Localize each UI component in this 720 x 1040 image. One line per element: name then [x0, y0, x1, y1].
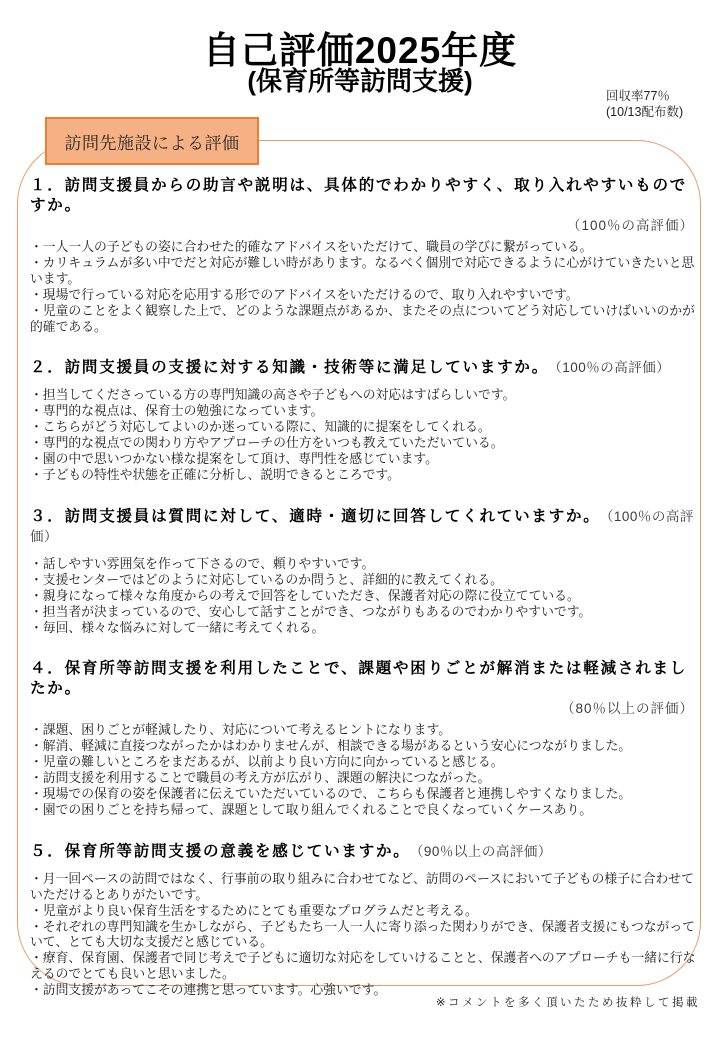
- bullet-item: ・毎回、様々な悩みに対して一緒に考えてくれる。: [30, 620, 696, 636]
- footnote: ※コメントを多く頂いたため抜粋して掲載: [436, 994, 700, 1010]
- bullet-item: ・園での困りごとを持ち帰って、課題として取り組んでくれることで良くなっていくケー…: [30, 802, 696, 818]
- bullet-item: ・解消、軽減に直接つながったかはわかりませんが、相談できる場があるという安心につ…: [30, 738, 696, 754]
- bullet-item: ・療育、保育園、保護者で同じ考えで子どもに適切な対応をしていけることと、保護者へ…: [30, 950, 696, 982]
- comment-list: ・一人一人の子どもの姿に合わせた的確なアドバイスをいただけて、職員の学びに繋がっ…: [30, 239, 696, 334]
- evaluation-content: １．訪問支援員からの助言や説明は、具体的でわかりやすく、取り入れやすいものですか…: [30, 176, 696, 1022]
- response-rate: 回収率77％ (10/13配布数): [606, 88, 683, 120]
- section-rating: （100％の高評価）: [555, 360, 670, 375]
- section-rating: （80％以上の評価）: [30, 699, 696, 719]
- bullet-item: ・子どもの特性や状態を正確に分析し、説明できるところです。: [30, 467, 696, 483]
- section-question: ３．訪問支援員は質問に対して、適時・適切に回答してくれていますか。: [30, 508, 601, 525]
- section-heading: １．訪問支援員からの助言や説明は、具体的でわかりやすく、取り入れやすいものですか…: [30, 176, 696, 236]
- bullet-item: ・担当者が決まっているので、安心して話すことができ、つながりもあるのでわかりやす…: [30, 604, 696, 620]
- bullet-item: ・専門的な視点は、保育士の勉強になっています。: [30, 403, 696, 419]
- bullet-item: ・専門的な視点での関わり方やアプローチの仕方をいつも教えていただいている。: [30, 435, 696, 451]
- bullet-item: ・親身になって様々な角度からの考えで回答をしていただき、保護者対応の際に役立てて…: [30, 588, 696, 604]
- bullet-item: ・担当してくださっている方の専門知識の高さや子どもへの対応はすばらしいです。: [30, 387, 696, 403]
- section-heading: ５．保育所等訪問支援の意義を感じていますか。（90％以上の高評価）: [30, 842, 696, 862]
- section-question: ５．保育所等訪問支援の意義を感じていますか。: [30, 843, 411, 860]
- evaluation-section: ４．保育所等訪問支援を利用したことで、課題や困りごとが解消または軽減されましたか…: [30, 659, 696, 817]
- bullet-item: ・現場での保育の姿を保護者に伝えていただいているので、こちらも保護者と連携しやす…: [30, 786, 696, 802]
- bullet-item: ・一人一人の子どもの姿に合わせた的確なアドバイスをいただけて、職員の学びに繋がっ…: [30, 239, 696, 255]
- bullet-item: ・児童がより良い保育生活をするためにとても重要なプログラムだと考える。: [30, 903, 696, 919]
- comment-list: ・担当してくださっている方の専門知識の高さや子どもへの対応はすばらしいです。・専…: [30, 387, 696, 482]
- section-heading: ４．保育所等訪問支援を利用したことで、課題や困りごとが解消または軽減されましたか…: [30, 659, 696, 719]
- bullet-item: ・月一回ペースの訪問ではなく、行事前の取り組みに合わせてなど、訪問のペースにおい…: [30, 871, 696, 903]
- bullet-item: ・カリキュラムが多い中でだと対応が難しい時があります。なるべく個別で対応できるよ…: [30, 255, 696, 287]
- evaluation-section: １．訪問支援員からの助言や説明は、具体的でわかりやすく、取り入れやすいものですか…: [30, 176, 696, 334]
- section-question: １．訪問支援員からの助言や説明は、具体的でわかりやすく、取り入れやすいものですか…: [30, 177, 687, 214]
- bullet-item: ・それぞれの専門知識を生かしながら、子どもたち一人一人に寄り添った関わりができ、…: [30, 919, 696, 951]
- section-label-box: 訪問先施設による評価: [45, 117, 259, 165]
- bullet-item: ・課題、困りごとが軽減したり、対応について考えるヒントになります。: [30, 722, 696, 738]
- section-heading: ３．訪問支援員は質問に対して、適時・適切に回答してくれていますか。（100％の高…: [30, 507, 696, 547]
- section-rating: （100％の高評価）: [30, 216, 696, 236]
- response-rate-percent: 回収率77％: [606, 88, 683, 104]
- evaluation-section: ３．訪問支援員は質問に対して、適時・適切に回答してくれていますか。（100％の高…: [30, 507, 696, 636]
- evaluation-section: ５．保育所等訪問支援の意義を感じていますか。（90％以上の高評価） ・月一回ペー…: [30, 842, 696, 998]
- bullet-item: ・現場で行っている対応を応用する形でのアドバイスをいただけるので、取り入れやすい…: [30, 287, 696, 303]
- bullet-item: ・こちらがどう対応してよいのか迷っている際に、知識的に提案をしてくれる。: [30, 419, 696, 435]
- section-heading: ２．訪問支援員の支援に対する知識・技術等に満足していますか。（100％の高評価）: [30, 358, 696, 378]
- bullet-item: ・訪問支援を利用することで職員の考え方が広がり、課題の解決につながった。: [30, 770, 696, 786]
- bullet-item: ・児童の難しいところをまだあるが、以前より良い方向に向かっていると感じる。: [30, 754, 696, 770]
- section-question: ４．保育所等訪問支援を利用したことで、課題や困りごとが解消または軽減されましたか…: [30, 660, 687, 697]
- comment-list: ・話しやすい雰囲気を作って下さるので、頼りやすいです。・支援センターではどのよう…: [30, 556, 696, 636]
- section-rating: （90％以上の高評価）: [417, 844, 552, 859]
- response-rate-count: (10/13配布数): [606, 104, 683, 120]
- comment-list: ・月一回ペースの訪問ではなく、行事前の取り組みに合わせてなど、訪問のペースにおい…: [30, 871, 696, 998]
- evaluation-section: ２．訪問支援員の支援に対する知識・技術等に満足していますか。（100％の高評価）…: [30, 358, 696, 482]
- bullet-item: ・話しやすい雰囲気を作って下さるので、頼りやすいです。: [30, 556, 696, 572]
- section-label-text: 訪問先施設による評価: [65, 129, 240, 154]
- bullet-item: ・園の中で思いつかない様な提案をして頂け、専門性を感じています。: [30, 451, 696, 467]
- section-question: ２．訪問支援員の支援に対する知識・技術等に満足していますか。: [30, 359, 549, 376]
- comment-list: ・課題、困りごとが軽減したり、対応について考えるヒントになります。・解消、軽減に…: [30, 722, 696, 817]
- bullet-item: ・支援センターではどのように対応しているのか問うと、詳細的に教えてくれる。: [30, 572, 696, 588]
- bullet-item: ・児童のことをよく観察した上で、どのような課題点があるか、またその点についてどう…: [30, 303, 696, 335]
